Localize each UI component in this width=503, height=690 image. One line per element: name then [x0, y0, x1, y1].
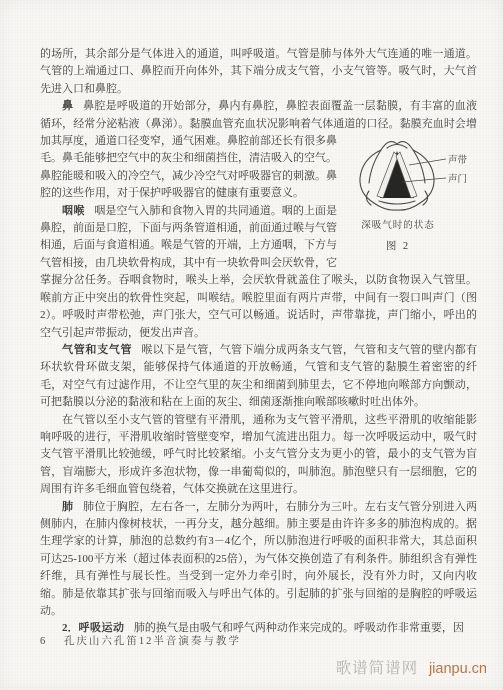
watermark-site-name: 歌谱简谱网 [336, 660, 419, 677]
nose-heading: 鼻 [62, 100, 74, 112]
section-lung: 肺肺位于胸腔，左右各一，左肺分为两叶，右肺分为三叶。左右支气管分别进入两侧肺内，… [40, 499, 477, 621]
paragraph-smooth-muscle: 在气管以至小支气管的管壁有平滑肌，通称为支气管平滑肌，这些平滑肌的收缩能影响呼吸… [40, 412, 477, 499]
throat-heading: 咽喉 [62, 205, 85, 217]
figure-2: 声带 声门 深吸气时的状态 图 2 [345, 135, 477, 253]
glottis-illustration: 声带 声门 [345, 135, 477, 219]
paragraph-intro: 的场所，其余部分是气体进入的通道，叫呼吸道。气管是肺与体外大气连通的唯一通道。气… [40, 46, 477, 98]
book-title: 孔庆山六孔笛12半音演奏与教学 [64, 636, 241, 647]
book-page: 的场所，其余部分是气体进入的通道，叫呼吸道。气管是肺与体外大气连通的唯一通道。气… [0, 0, 503, 690]
lung-text: 肺位于胸腔，左右各一，左肺分为两叶，右肺分为三叶。左右支气管分别进入两侧肺内，在… [40, 501, 477, 617]
page-body: 的场所，其余部分是气体进入的通道，叫呼吸道。气管是肺与体外大气连通的唯一通道。气… [40, 46, 477, 638]
watermark: 歌谱简谱网 jianpu.cn [336, 656, 487, 678]
trachea-heading: 气管和支气管 [62, 344, 132, 356]
page-footer: 6 孔庆山六孔笛12半音演奏与教学 [40, 633, 241, 648]
figure-label-glottis: 声门 [448, 173, 467, 185]
watermark-site-url: jianpu.cn [429, 661, 487, 677]
lung-heading: 肺 [62, 501, 74, 513]
figure-label-vocal-cord: 声带 [448, 154, 468, 166]
figure-caption: 深吸气时的状态 [345, 220, 451, 232]
page-number: 6 [40, 636, 46, 647]
nose-text-part1: 鼻腔是呼吸道的开始部分，鼻内有鼻腔，鼻腔表面覆盖一层黏膜，有丰富的血液循环，经常… [40, 100, 477, 129]
section-trachea: 气管和支气管喉以下是气管，气管下端分成两条支气管，气管和支气管的壁内都有环状软骨… [40, 342, 477, 412]
figure-number: 图 2 [345, 241, 451, 253]
section-nose: 鼻鼻腔是呼吸道的开始部分，鼻内有鼻腔，鼻腔表面覆盖一层黏膜，有丰富的血液循环，经… [40, 98, 477, 202]
